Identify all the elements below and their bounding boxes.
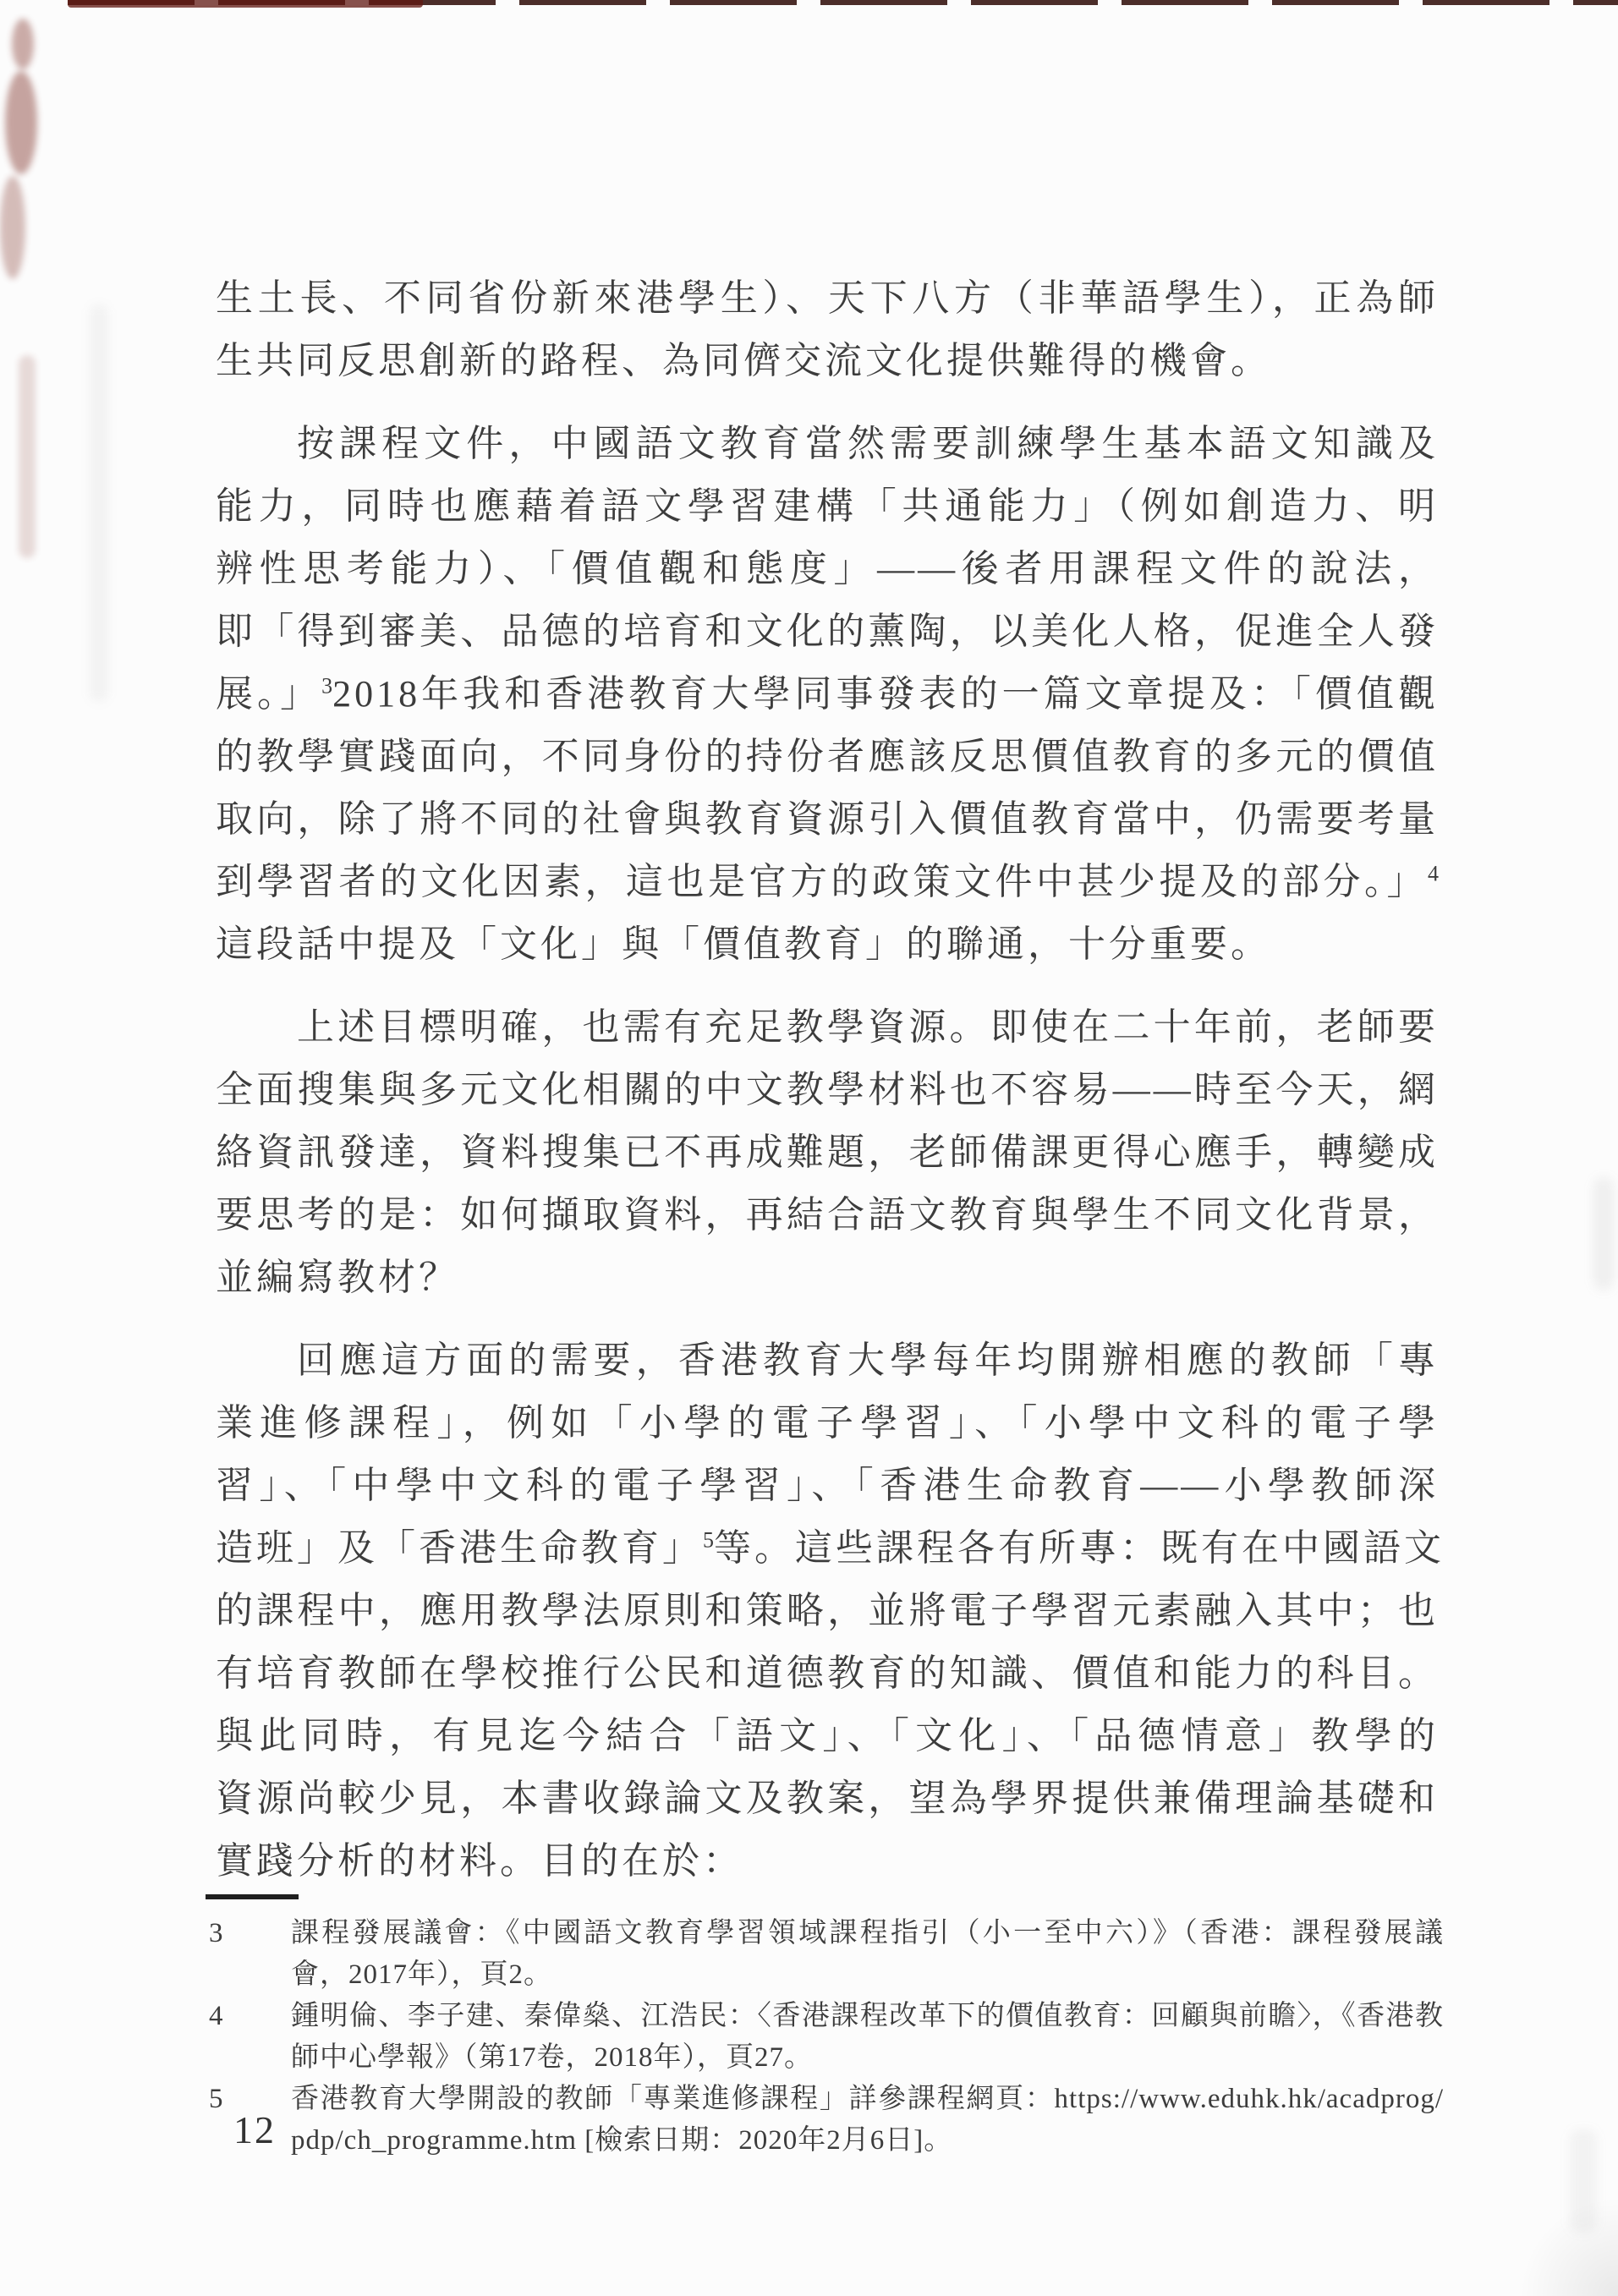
footnote-line: 鍾明倫、李子建、秦偉燊、江浩民：〈香港課程改革下的價值教育：回顧與前瞻〉，《香港… [291, 1996, 1444, 2037]
text-run: 並編寫教材？ [216, 1257, 459, 1298]
text-line: 有培育教師在學校推行公民和道德教育的知識、價值和能力的科目。 [216, 1642, 1439, 1705]
footnote: 4鍾明倫、李子建、秦偉燊、江浩民：〈香港課程改革下的價值教育：回顧與前瞻〉，《香… [209, 1996, 1444, 2079]
text-line: 全面搜集與多元文化相關的中文教學材料也不容易——時至今天，網 [216, 1059, 1439, 1121]
footnote-line: 香港教育大學開設的教師「專業進修課程」詳參課程網頁：https://www.ed… [291, 2079, 1444, 2120]
footnotes: 3課程發展議會：《中國語文教育學習領域課程指引（小一至中六）》（香港：課程發展議… [209, 1913, 1444, 2162]
text-run: 回應這方面的需要，香港教育大學每年均開辦相應的教師「專 [297, 1340, 1439, 1381]
text-run: 到學習者的文化因素，這也是官方的政策文件中甚少提及的部分。」 [216, 861, 1428, 902]
scan-artifact-top-edge [68, 0, 1618, 5]
text-run: 的課程中，應用教學法原則和策略，並將電子學習元素融入其中；也 [216, 1590, 1439, 1631]
footnote-line: 會，2017年），頁2。 [291, 1954, 1444, 1996]
body-paragraph: 生土長、不同省份新來港學生）、天下八方（非華語學生），正為師生共同反思創新的路程… [216, 267, 1439, 392]
text-line: 回應這方面的需要，香港教育大學每年均開辦相應的教師「專 [216, 1329, 1439, 1392]
scan-artifact-ink-streak [19, 355, 36, 558]
text-run: 能力，同時也應藉着語文學習建構「共通能力」（例如創造力、明 [216, 485, 1439, 527]
text-run: 絡資訊發達，資料搜集已不再成難題，老師備課更得心應手，轉變成 [216, 1132, 1439, 1173]
text-run: 等。這些課程各有所專：既有在中國語文 [714, 1527, 1445, 1569]
text-run: 這段話中提及「文化」與「價值教育」的聯通，十分重要。 [216, 923, 1271, 965]
text-line: 要思考的是：如何擷取資料，再結合語文教育與學生不同文化背景， [216, 1184, 1439, 1247]
text-line: 能力，同時也應藉着語文學習建構「共通能力」（例如創造力、明 [216, 475, 1439, 538]
text-line: 的教學實踐面向，不同身份的持份者應該反思價值教育的多元的價值 [216, 726, 1439, 788]
text-run: 的教學實踐面向，不同身份的持份者應該反思價值教育的多元的價值 [216, 736, 1439, 777]
footnote-line: 課程發展議會：《中國語文教育學習領域課程指引（小一至中六）》（香港：課程發展議 [291, 1913, 1444, 1954]
body-paragraph: 上述目標明確，也需有充足教學資源。即使在二十年前，老師要全面搜集與多元文化相關的… [216, 996, 1439, 1309]
text-line: 習」、「中學中文科的電子學習」、「香港生命教育——小學教師深 [216, 1455, 1439, 1517]
scan-artifact-fold-shadow [90, 304, 108, 702]
body-text: 生土長、不同省份新來港學生）、天下八方（非華語學生），正為師生共同反思創新的路程… [216, 267, 1439, 1913]
text-run: 生土長、不同省份新來港學生）、天下八方（非華語學生），正為師 [216, 277, 1439, 319]
text-run: 取向，除了將不同的社會與教育資源引入價值教育當中，仍需要考量 [216, 798, 1439, 840]
footnote: 3課程發展議會：《中國語文教育學習領域課程指引（小一至中六）》（香港：課程發展議… [209, 1913, 1444, 1996]
text-run: 2018年我和香港教育大學同事發表的一篇文章提及：「價值觀 [332, 673, 1439, 715]
text-line: 實踐分析的材料。目的在於： [216, 1830, 1439, 1893]
text-line: 業進修課程」，例如「小學的電子學習」、「小學中文科的電子學 [216, 1392, 1439, 1455]
scan-artifact-corner-shadow [1519, 2195, 1618, 2296]
text-line: 即「得到審美、品德的培育和文化的薰陶，以美化人格，促進全人發 [216, 600, 1439, 663]
footnote-text: 香港教育大學開設的教師「專業進修課程」詳參課程網頁：https://www.ed… [291, 2079, 1444, 2162]
text-run: 實踐分析的材料。目的在於： [216, 1840, 743, 1882]
scan-artifact-right-smudge [1570, 2129, 1597, 2233]
text-line: 這段話中提及「文化」與「價值教育」的聯通，十分重要。 [216, 913, 1439, 976]
footnote-text: 課程發展議會：《中國語文教育學習領域課程指引（小一至中六）》（香港：課程發展議會… [291, 1913, 1444, 1996]
text-line: 取向，除了將不同的社會與教育資源引入價值教育當中，仍需要考量 [216, 788, 1439, 851]
text-line: 與此同時，有見迄今結合「語文」、「文化」、「品德情意」教學的 [216, 1705, 1439, 1767]
footnote-reference-superscript: 3 [321, 673, 332, 698]
text-run: 資源尚較少見，本書收錄論文及教案，望為學界提供兼備理論基礎和 [216, 1778, 1439, 1819]
text-line: 造班」及「香港生命教育」5等。這些課程各有所專：既有在中國語文 [216, 1517, 1439, 1580]
text-line: 並編寫教材？ [216, 1247, 1439, 1309]
text-line: 的課程中，應用教學法原則和策略，並將電子學習元素融入其中；也 [216, 1580, 1439, 1642]
text-line: 辨性思考能力）、「價值觀和態度」——後者用課程文件的說法， [216, 538, 1439, 600]
text-run: 生共同反思創新的路程、為同儕交流文化提供難得的機會。 [216, 340, 1271, 381]
footnote: 5香港教育大學開設的教師「專業進修課程」詳參課程網頁：https://www.e… [209, 2079, 1444, 2162]
text-run: 業進修課程」，例如「小學的電子學習」、「小學中文科的電子學 [216, 1402, 1439, 1444]
text-line: 按課程文件，中國語文教育當然需要訓練學生基本語文知識及 [216, 413, 1439, 475]
scan-artifact-ink-stain [0, 176, 25, 279]
text-run: 即「得到審美、品德的培育和文化的薰陶，以美化人格，促進全人發 [216, 611, 1439, 652]
text-run: 辨性思考能力）、「價值觀和態度」——後者用課程文件的說法， [216, 548, 1439, 589]
scan-artifact-right-smudge [1593, 1177, 1614, 1290]
text-run: 按課程文件，中國語文教育當然需要訓練學生基本語文知識及 [297, 423, 1439, 464]
text-run: 造班」及「香港生命教育」 [216, 1527, 703, 1569]
text-run: 習」、「中學中文科的電子學習」、「香港生命教育——小學教師深 [216, 1465, 1439, 1506]
text-line: 生土長、不同省份新來港學生）、天下八方（非華語學生），正為師 [216, 267, 1439, 330]
text-line: 生共同反思創新的路程、為同儕交流文化提供難得的機會。 [216, 330, 1439, 392]
scan-artifact-ink-stain [12, 19, 34, 69]
text-run: 要思考的是：如何擷取資料，再結合語文教育與學生不同文化背景， [216, 1194, 1439, 1236]
page-number: 12 [233, 2107, 276, 2152]
footnote-line: 師中心學報》（第17卷，2018年），頁27。 [291, 2037, 1444, 2079]
scan-artifact-ink-stain [5, 71, 37, 174]
scan-artifact-top-left-band [68, 0, 423, 8]
footnote-separator [206, 1894, 299, 1899]
footnote-text: 鍾明倫、李子建、秦偉燊、江浩民：〈香港課程改革下的價值教育：回顧與前瞻〉，《香港… [291, 1996, 1444, 2079]
footnote-number: 3 [209, 1913, 291, 1954]
scanned-book-page: 生土長、不同省份新來港學生）、天下八方（非華語學生），正為師生共同反思創新的路程… [0, 0, 1618, 2296]
text-line: 絡資訊發達，資料搜集已不再成難題，老師備課更得心應手，轉變成 [216, 1121, 1439, 1184]
footnote-number: 4 [209, 1996, 291, 2037]
text-run: 展。」 [216, 673, 321, 715]
text-line: 到學習者的文化因素，這也是官方的政策文件中甚少提及的部分。」4 [216, 851, 1439, 913]
body-paragraph: 回應這方面的需要，香港教育大學每年均開辦相應的教師「專業進修課程」，例如「小學的… [216, 1329, 1439, 1893]
text-run: 與此同時，有見迄今結合「語文」、「文化」、「品德情意」教學的 [216, 1715, 1439, 1756]
footnote-reference-superscript: 4 [1428, 861, 1439, 885]
text-line: 展。」32018年我和香港教育大學同事發表的一篇文章提及：「價值觀 [216, 663, 1439, 726]
text-line: 資源尚較少見，本書收錄論文及教案，望為學界提供兼備理論基礎和 [216, 1767, 1439, 1830]
text-run: 全面搜集與多元文化相關的中文教學材料也不容易——時至今天，網 [216, 1069, 1439, 1110]
footnote-reference-superscript: 5 [703, 1527, 714, 1552]
text-run: 上述目標明確，也需有充足教學資源。即使在二十年前，老師要 [297, 1006, 1439, 1048]
text-line: 上述目標明確，也需有充足教學資源。即使在二十年前，老師要 [216, 996, 1439, 1059]
body-paragraph: 按課程文件，中國語文教育當然需要訓練學生基本語文知識及能力，同時也應藉着語文學習… [216, 413, 1439, 976]
footnote-line: pdp/ch_programme.htm [檢索日期：2020年2月6日]。 [291, 2120, 1444, 2162]
text-run: 有培育教師在學校推行公民和道德教育的知識、價值和能力的科目。 [216, 1652, 1439, 1694]
